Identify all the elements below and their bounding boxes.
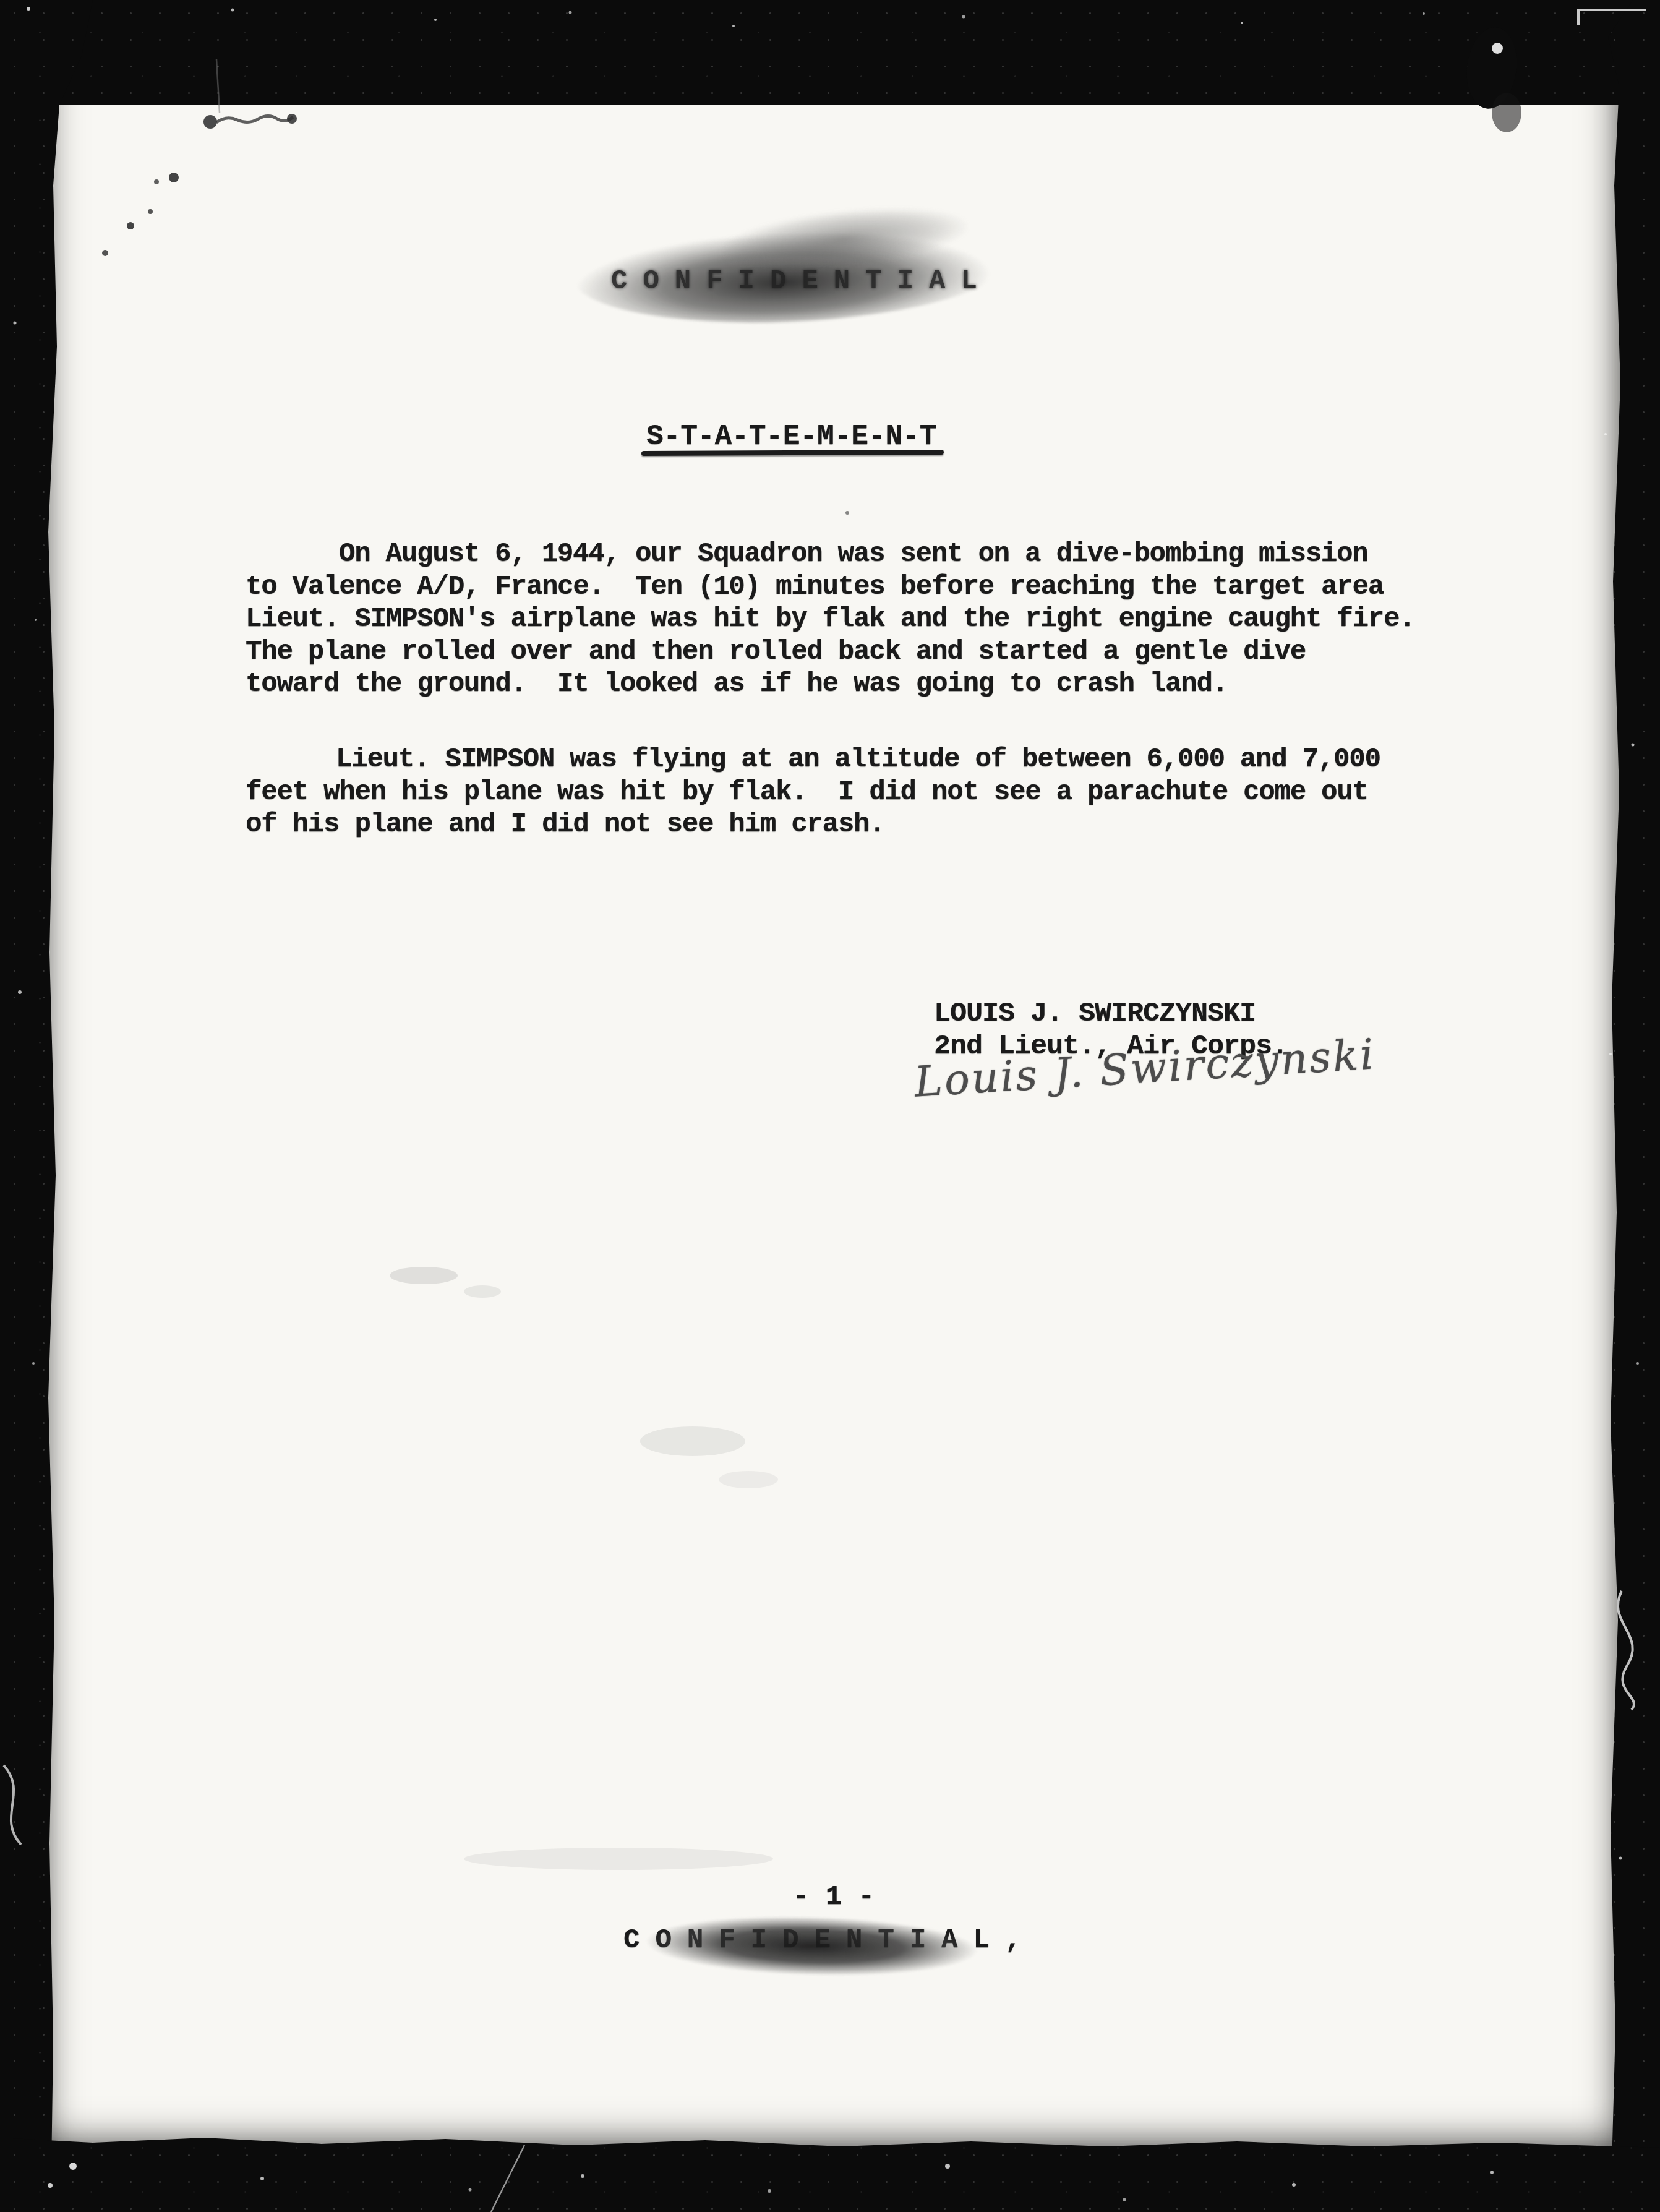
ink-squiggle-mark: [216, 116, 293, 123]
body-line: of his plane and I did not see him crash…: [246, 808, 1380, 841]
body-line: to Valence A/D, France. Ten (10) minutes…: [246, 571, 1414, 604]
body-line: On August 6, 1944, our Squadron was sent…: [246, 538, 1414, 571]
speck: [127, 222, 134, 229]
smear: [640, 1426, 745, 1456]
scan-border-top: [0, 0, 1660, 105]
scan-border-bottom: [0, 2116, 1660, 2212]
smear: [464, 1285, 501, 1298]
smear: [719, 1471, 778, 1488]
dust: [1604, 433, 1607, 435]
body-line: Lieut. SIMPSON was flying at an altitude…: [246, 744, 1380, 776]
ink-blot: [203, 115, 217, 129]
dust: [1609, 1053, 1612, 1055]
scanned-document-page: CONFIDENTIAL S-T-A-T-E-M-E-N-T On August…: [0, 0, 1660, 2212]
body-paragraph-1: On August 6, 1944, our Squadron was sent…: [246, 538, 1414, 701]
speck: [102, 250, 108, 256]
body-line: toward the ground. It looked as if he wa…: [246, 668, 1414, 701]
scan-border-left: [0, 0, 99, 2212]
ink-blot: [287, 114, 297, 124]
body-line: feet when his plane was hit by flak. I d…: [246, 776, 1380, 809]
document-title: S-T-A-T-E-M-E-N-T: [646, 421, 936, 453]
scan-border-right: [1571, 0, 1660, 2212]
body-line: Lieut. SIMPSON's airplane was hit by fla…: [246, 603, 1414, 636]
scan-edge-vignette: [43, 49, 1620, 2146]
page-number: - 1 -: [793, 1882, 875, 1913]
smear: [464, 1848, 773, 1870]
speck: [845, 511, 849, 515]
classification-bottom: CONFIDENTIAL,: [623, 1925, 1037, 1956]
speck: [169, 173, 179, 182]
classification-top: CONFIDENTIAL: [611, 266, 993, 297]
speck: [148, 209, 153, 214]
smear: [390, 1267, 458, 1284]
scan-artifacts-layer: [0, 0, 1660, 2212]
speck: [154, 179, 159, 184]
signer-typed-name: LOUIS J. SWIRCZYNSKI: [934, 997, 1288, 1030]
body-paragraph-2: Lieut. SIMPSON was flying at an altitude…: [246, 744, 1380, 841]
body-line: The plane rolled over and then rolled ba…: [246, 636, 1414, 669]
